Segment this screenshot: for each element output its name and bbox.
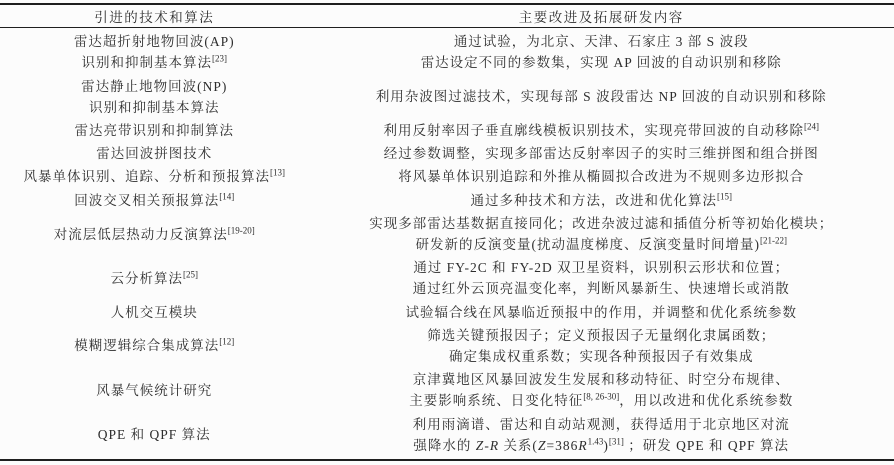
- superscript-citation: [21-22]: [760, 236, 787, 246]
- improvement-cell: 试验辐合线在风暴临近预报中的作用，并调整和优化系统参数: [308, 302, 894, 323]
- table-line: 确定集成权重系数；实现各种预报因子有效集成: [312, 346, 890, 367]
- table-line: 经过参数调整，实现多部雷达反射率因子的实时三维拼图和组合拼图: [312, 143, 890, 164]
- text-run: 试验辐合线在风暴临近预报中的作用，并调整和优化系统参数: [405, 305, 797, 320]
- superscript-citation: [31]: [609, 436, 624, 446]
- table-line: 雷达设定不同的参数集，实现 AP 回波的自动识别和移除: [312, 52, 890, 73]
- table-line: 筛选关键预报因子；定义预报因子无量纲化隶属函数；: [312, 325, 890, 346]
- formula-variable: R: [490, 438, 499, 453]
- tech-cell: 模糊逻辑综合集成算法[12]: [0, 335, 308, 356]
- text-run: 实现多部雷达基数据直接同化；改进杂波过滤和插值分析等初始化模块；: [369, 216, 833, 231]
- table-line: 试验辐合线在风暴临近预报中的作用，并调整和优化系统参数: [312, 302, 890, 323]
- table-line: 将风暴单体识别追踪和外推从椭圆拟合改进为不规则多边形拟合: [312, 166, 890, 187]
- text-run: 经过参数调整，实现多部雷达反射率因子的实时三维拼图和组合拼图: [384, 146, 819, 161]
- formula-variable: R: [578, 438, 587, 453]
- superscript-citation: [24]: [804, 121, 819, 131]
- table-line: 云分析算法[25]: [4, 268, 304, 289]
- improvement-cell: 通过多种技术和方法，改进和优化算法[15]: [308, 190, 894, 211]
- improvement-cell: 利用反射率因子垂直廓线模板识别技术，实现亮带回波的自动移除[24]: [308, 120, 894, 141]
- column-header-introduced-tech: 引进的技术和算法: [0, 6, 308, 26]
- tech-cell: 风暴气候统计研究: [0, 380, 308, 401]
- improvement-cell: 通过 FY-2C 和 FY-2D 双卫星资料，识别积云形状和位置；通过红外云顶亮…: [308, 257, 894, 299]
- table-row: 雷达回波拼图技术经过参数调整，实现多部雷达反射率因子的实时三维拼图和组合拼图: [0, 143, 894, 164]
- text-run: 识别和抑制基本算法: [81, 55, 212, 70]
- table-line: 利用反射率因子垂直廓线模板识别技术，实现亮带回波的自动移除[24]: [312, 120, 890, 141]
- text-run: ，用以改进和优化系统参数: [619, 393, 793, 408]
- superscript-citation: [15]: [717, 191, 732, 201]
- improvement-cell: 京津冀地区风暴回波发生发展和移动特征、时空分布规律、主要影响系统、日变化特征[8…: [308, 369, 894, 411]
- table-line: 识别和抑制基本算法: [4, 97, 304, 118]
- text-run: 将风暴单体识别追踪和外推从椭圆拟合改进为不规则多边形拟合: [398, 169, 804, 184]
- text-run: 主要影响系统、日变化特征: [409, 393, 583, 408]
- superscript-citation: [19-20]: [228, 225, 255, 235]
- tech-cell: 对流层低层热动力反演算法[19-20]: [0, 224, 308, 245]
- text-run: 筛选关键预报因子；定义预报因子无量纲化隶属函数；: [427, 328, 775, 343]
- text-run: 雷达设定不同的参数集，实现 AP 回波的自动识别和移除: [421, 55, 782, 70]
- table-line: 京津冀地区风暴回波发生发展和移动特征、时空分布规律、: [312, 369, 890, 390]
- tech-cell: 云分析算法[25]: [0, 268, 308, 289]
- tech-cell: QPE 和 QPF 算法: [0, 424, 308, 445]
- table-row: 云分析算法[25]通过 FY-2C 和 FY-2D 双卫星资料，识别积云形状和位…: [0, 257, 894, 299]
- text-run: 京津冀地区风暴回波发生发展和移动特征、时空分布规律、: [413, 372, 790, 387]
- text-run: 雷达回波拼图技术: [96, 146, 212, 161]
- table-row: 雷达静止地物回波(NP)识别和抑制基本算法利用杂波图过滤技术，实现每部 S 波段…: [0, 76, 894, 118]
- table-line: QPE 和 QPF 算法: [4, 424, 304, 445]
- text-run: 人机交互模块: [111, 305, 198, 320]
- table-line: 模糊逻辑综合集成算法[12]: [4, 335, 304, 356]
- improvement-cell: 利用杂波图过滤技术，实现每部 S 波段雷达 NP 回波的自动识别和移除: [308, 86, 894, 107]
- table-line: 人机交互模块: [4, 302, 304, 323]
- table-line: 通过多种技术和方法，改进和优化算法[15]: [312, 190, 890, 211]
- superscript-citation: [12]: [219, 337, 234, 347]
- text-run: 通过红外云顶亮温变化率，判断风暴新生、快速增长或消散: [413, 281, 790, 296]
- text-run: 确定集成权重系数；实现各种预报因子有效集成: [449, 349, 754, 364]
- text-run: 强降水的: [413, 438, 475, 453]
- text-run: 雷达超折射地物回波(AP): [74, 34, 235, 49]
- table-row: 雷达超折射地物回波(AP)识别和抑制基本算法[23]通过试验，为北京、天津、石家…: [0, 31, 894, 73]
- text-run: 利用反射率因子垂直廓线模板识别技术，实现亮带回波的自动移除: [383, 123, 804, 138]
- improvement-cell: 筛选关键预报因子；定义预报因子无量纲化隶属函数；确定集成权重系数；实现各种预报因…: [308, 325, 894, 367]
- tech-cell: 雷达回波拼图技术: [0, 143, 308, 164]
- table-row: 对流层低层热动力反演算法[19-20]实现多部雷达基数据直接同化；改进杂波过滤和…: [0, 213, 894, 255]
- tech-cell: 人机交互模块: [0, 302, 308, 323]
- table-row: 模糊逻辑综合集成算法[12]筛选关键预报因子；定义预报因子无量纲化隶属函数；确定…: [0, 325, 894, 367]
- table-row: 回波交叉相关预报算法[14]通过多种技术和方法，改进和优化算法[15]: [0, 190, 894, 211]
- text-run: =386: [546, 438, 578, 453]
- text-run: 通过 FY-2C 和 FY-2D 双卫星资料，识别积云形状和位置；: [413, 260, 789, 275]
- text-run: 利用雨滴谱、雷达和自动站观测，获得适用于北京地区对流: [413, 417, 790, 432]
- table-line: 主要影响系统、日变化特征[8, 26-30]，用以改进和优化系统参数: [312, 390, 890, 411]
- superscript-citation: [8, 26-30]: [583, 392, 619, 402]
- table-line: 风暴气候统计研究: [4, 380, 304, 401]
- superscript-citation: [25]: [183, 269, 198, 279]
- text-run: 雷达静止地物回波(NP): [81, 79, 227, 94]
- table-row: 风暴单体识别、追踪、分析和预报算法[13]将风暴单体识别追踪和外推从椭圆拟合改进…: [0, 166, 894, 187]
- text-run: 风暴单体识别、追踪、分析和预报算法: [23, 169, 270, 184]
- text-run: 利用杂波图过滤技术，实现每部 S 波段雷达 NP 回波的自动识别和移除: [376, 89, 827, 104]
- text-run: 回波交叉相关预报算法: [74, 193, 219, 208]
- improvement-cell: 经过参数调整，实现多部雷达反射率因子的实时三维拼图和组合拼图: [308, 143, 894, 164]
- text-run: 云分析算法: [110, 271, 183, 286]
- table-line: 识别和抑制基本算法[23]: [4, 52, 304, 73]
- table-line: 对流层低层热动力反演算法[19-20]: [4, 224, 304, 245]
- table-header-row: 引进的技术和算法 主要改进及拓展研发内容: [0, 5, 894, 27]
- column-header-main-improvements: 主要改进及拓展研发内容: [308, 6, 894, 26]
- text-run: 通过试验，为北京、天津、石家庄 3 部 S 波段: [454, 34, 749, 49]
- text-run: 风暴气候统计研究: [96, 383, 212, 398]
- improvement-cell: 将风暴单体识别追踪和外推从椭圆拟合改进为不规则多边形拟合: [308, 166, 894, 187]
- text-run: 通过多种技术和方法，改进和优化算法: [470, 193, 717, 208]
- superscript-citation: [13]: [270, 168, 285, 178]
- text-run: 雷达亮带识别和抑制算法: [74, 123, 234, 138]
- table-line: 风暴单体识别、追踪、分析和预报算法[13]: [4, 166, 304, 187]
- table-line: 利用杂波图过滤技术，实现每部 S 波段雷达 NP 回波的自动识别和移除: [312, 86, 890, 107]
- table-line: 雷达回波拼图技术: [4, 143, 304, 164]
- tech-cell: 雷达亮带识别和抑制算法: [0, 120, 308, 141]
- text-run: 研发新的反演变量(扰动温度梯度、反演变量时间增量): [415, 237, 760, 252]
- superscript-citation: [23]: [212, 54, 227, 64]
- tech-cell: 风暴单体识别、追踪、分析和预报算法[13]: [0, 166, 308, 187]
- tech-cell: 雷达超折射地物回波(AP)识别和抑制基本算法[23]: [0, 31, 308, 73]
- table-row: 风暴气候统计研究京津冀地区风暴回波发生发展和移动特征、时空分布规律、主要影响系统…: [0, 369, 894, 411]
- table-line: 回波交叉相关预报算法[14]: [4, 190, 304, 211]
- table-line: 雷达亮带识别和抑制算法: [4, 120, 304, 141]
- table-line: 通过红外云顶亮温变化率，判断风暴新生、快速增长或消散: [312, 278, 890, 299]
- table-row: 人机交互模块试验辐合线在风暴临近预报中的作用，并调整和优化系统参数: [0, 302, 894, 323]
- superscript-citation: [14]: [219, 191, 234, 201]
- improvement-cell: 利用雨滴谱、雷达和自动站观测，获得适用于北京地区对流强降水的 Z-R 关系(Z=…: [308, 414, 894, 456]
- improvement-cell: 通过试验，为北京、天津、石家庄 3 部 S 波段雷达设定不同的参数集，实现 AP…: [308, 31, 894, 73]
- table-line: 雷达静止地物回波(NP): [4, 76, 304, 97]
- table-row: QPE 和 QPF 算法利用雨滴谱、雷达和自动站观测，获得适用于北京地区对流强降…: [0, 414, 894, 456]
- table-line: 实现多部雷达基数据直接同化；改进杂波过滤和插值分析等初始化模块；: [312, 213, 890, 234]
- table-body: 雷达超折射地物回波(AP)识别和抑制基本算法[23]通过试验，为北京、天津、石家…: [0, 28, 894, 459]
- text-run: 关系(: [499, 438, 538, 453]
- tech-cell: 雷达静止地物回波(NP)识别和抑制基本算法: [0, 76, 308, 118]
- table-bottom-rule: [0, 459, 894, 461]
- table-row: 雷达亮带识别和抑制算法利用反射率因子垂直廓线模板识别技术，实现亮带回波的自动移除…: [0, 120, 894, 141]
- improvement-cell: 实现多部雷达基数据直接同化；改进杂波过滤和插值分析等初始化模块；研发新的反演变量…: [308, 213, 894, 255]
- table-line: 通过 FY-2C 和 FY-2D 双卫星资料，识别积云形状和位置；: [312, 257, 890, 278]
- table-line: 雷达超折射地物回波(AP): [4, 31, 304, 52]
- text-run: QPE 和 QPF 算法: [98, 427, 211, 442]
- text-run: 识别和抑制基本算法: [89, 100, 220, 115]
- text-run: ；研发 QPE 和 QPF 算法: [624, 438, 789, 453]
- superscript-citation: 1.43: [588, 436, 604, 446]
- table-line: 研发新的反演变量(扰动温度梯度、反演变量时间增量)[21-22]: [312, 234, 890, 255]
- table-line: 强降水的 Z-R 关系(Z=386R1.43)[31] ；研发 QPE 和 QP…: [312, 435, 890, 456]
- text-run: 模糊逻辑综合集成算法: [74, 338, 219, 353]
- paper-table: 引进的技术和算法 主要改进及拓展研发内容 雷达超折射地物回波(AP)识别和抑制基…: [0, 0, 894, 465]
- text-run: 对流层低层热动力反演算法: [54, 227, 228, 242]
- tech-cell: 回波交叉相关预报算法[14]: [0, 190, 308, 211]
- table-line: 通过试验，为北京、天津、石家庄 3 部 S 波段: [312, 31, 890, 52]
- table-line: 利用雨滴谱、雷达和自动站观测，获得适用于北京地区对流: [312, 414, 890, 435]
